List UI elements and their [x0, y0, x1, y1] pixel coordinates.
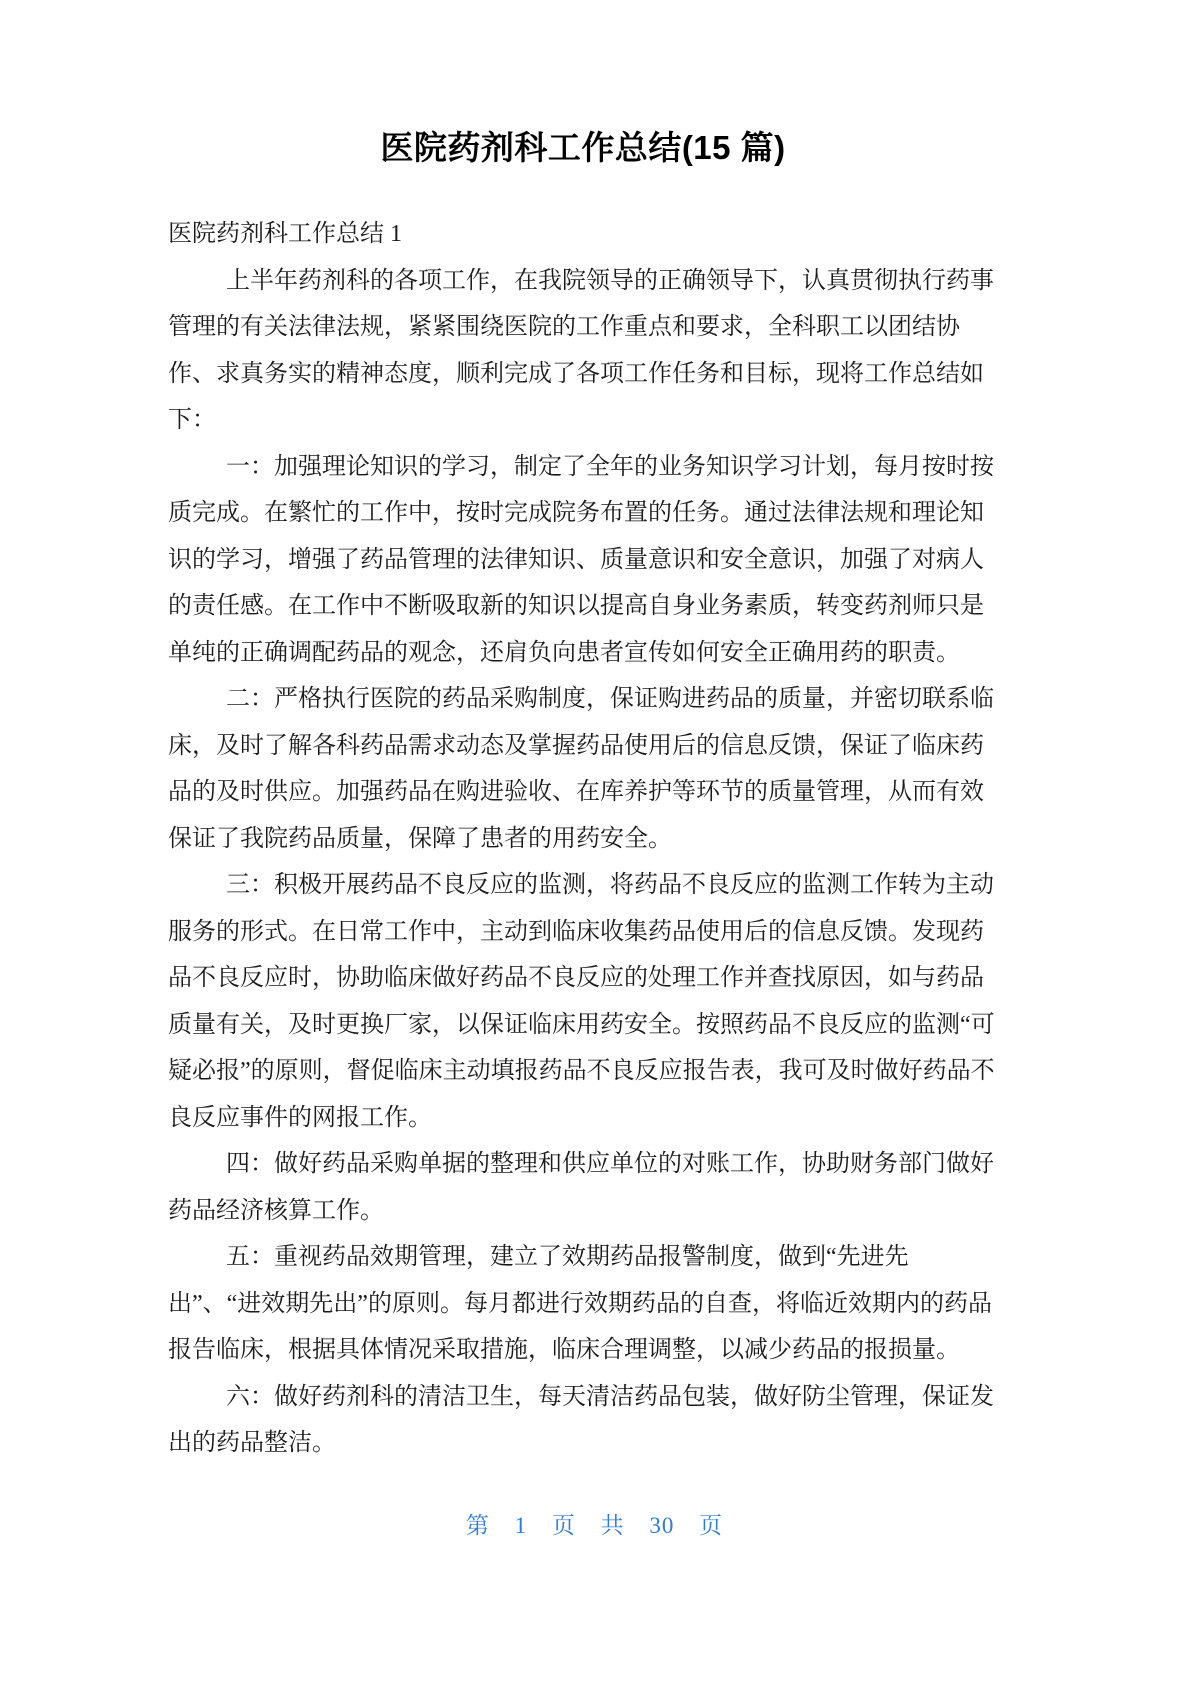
page-number-text: 第 1 页 共 30 页 — [466, 1513, 723, 1538]
paragraph-item-6: 六：做好药剂科的清洁卫生，每天清洁药品包装，做好防尘管理，保证发出的药品整洁。 — [168, 1374, 998, 1467]
paragraph-item-3: 三：积极开展药品不良反应的监测，将药品不良反应的监测工作转为主动服务的形式。在日… — [168, 862, 998, 1141]
paragraph-item-2: 二：严格执行医院的药品采购制度，保证购进药品的质量，并密切联系临床，及时了解各科… — [168, 676, 998, 862]
paragraph-item-4: 四：做好药品采购单据的整理和供应单位的对账工作，协助财务部门做好药品经济核算工作… — [168, 1141, 998, 1234]
document-content: 医院药剂科工作总结(15 篇) 医院药剂科工作总结 1 上半年药剂科的各项工作，… — [168, 128, 998, 1467]
page-footer: 第 1 页 共 30 页 — [0, 1507, 1189, 1540]
paragraph-intro: 上半年药剂科的各项工作，在我院领导的正确领导下，认真贯彻执行药事管理的有关法律法… — [168, 258, 998, 444]
paragraph-item-5: 五：重视药品效期管理，建立了效期药品报警制度，做到“先进先出”、“进效期先出”的… — [168, 1234, 998, 1374]
paragraph-item-1: 一：加强理论知识的学习，制定了全年的业务知识学习计划，每月按时按质完成。在繁忙的… — [168, 444, 998, 677]
document-page: 医院药剂科工作总结(15 篇) 医院药剂科工作总结 1 上半年药剂科的各项工作，… — [0, 0, 1189, 1682]
section-heading: 医院药剂科工作总结 1 — [168, 211, 998, 258]
document-title: 医院药剂科工作总结(15 篇) — [168, 128, 998, 168]
